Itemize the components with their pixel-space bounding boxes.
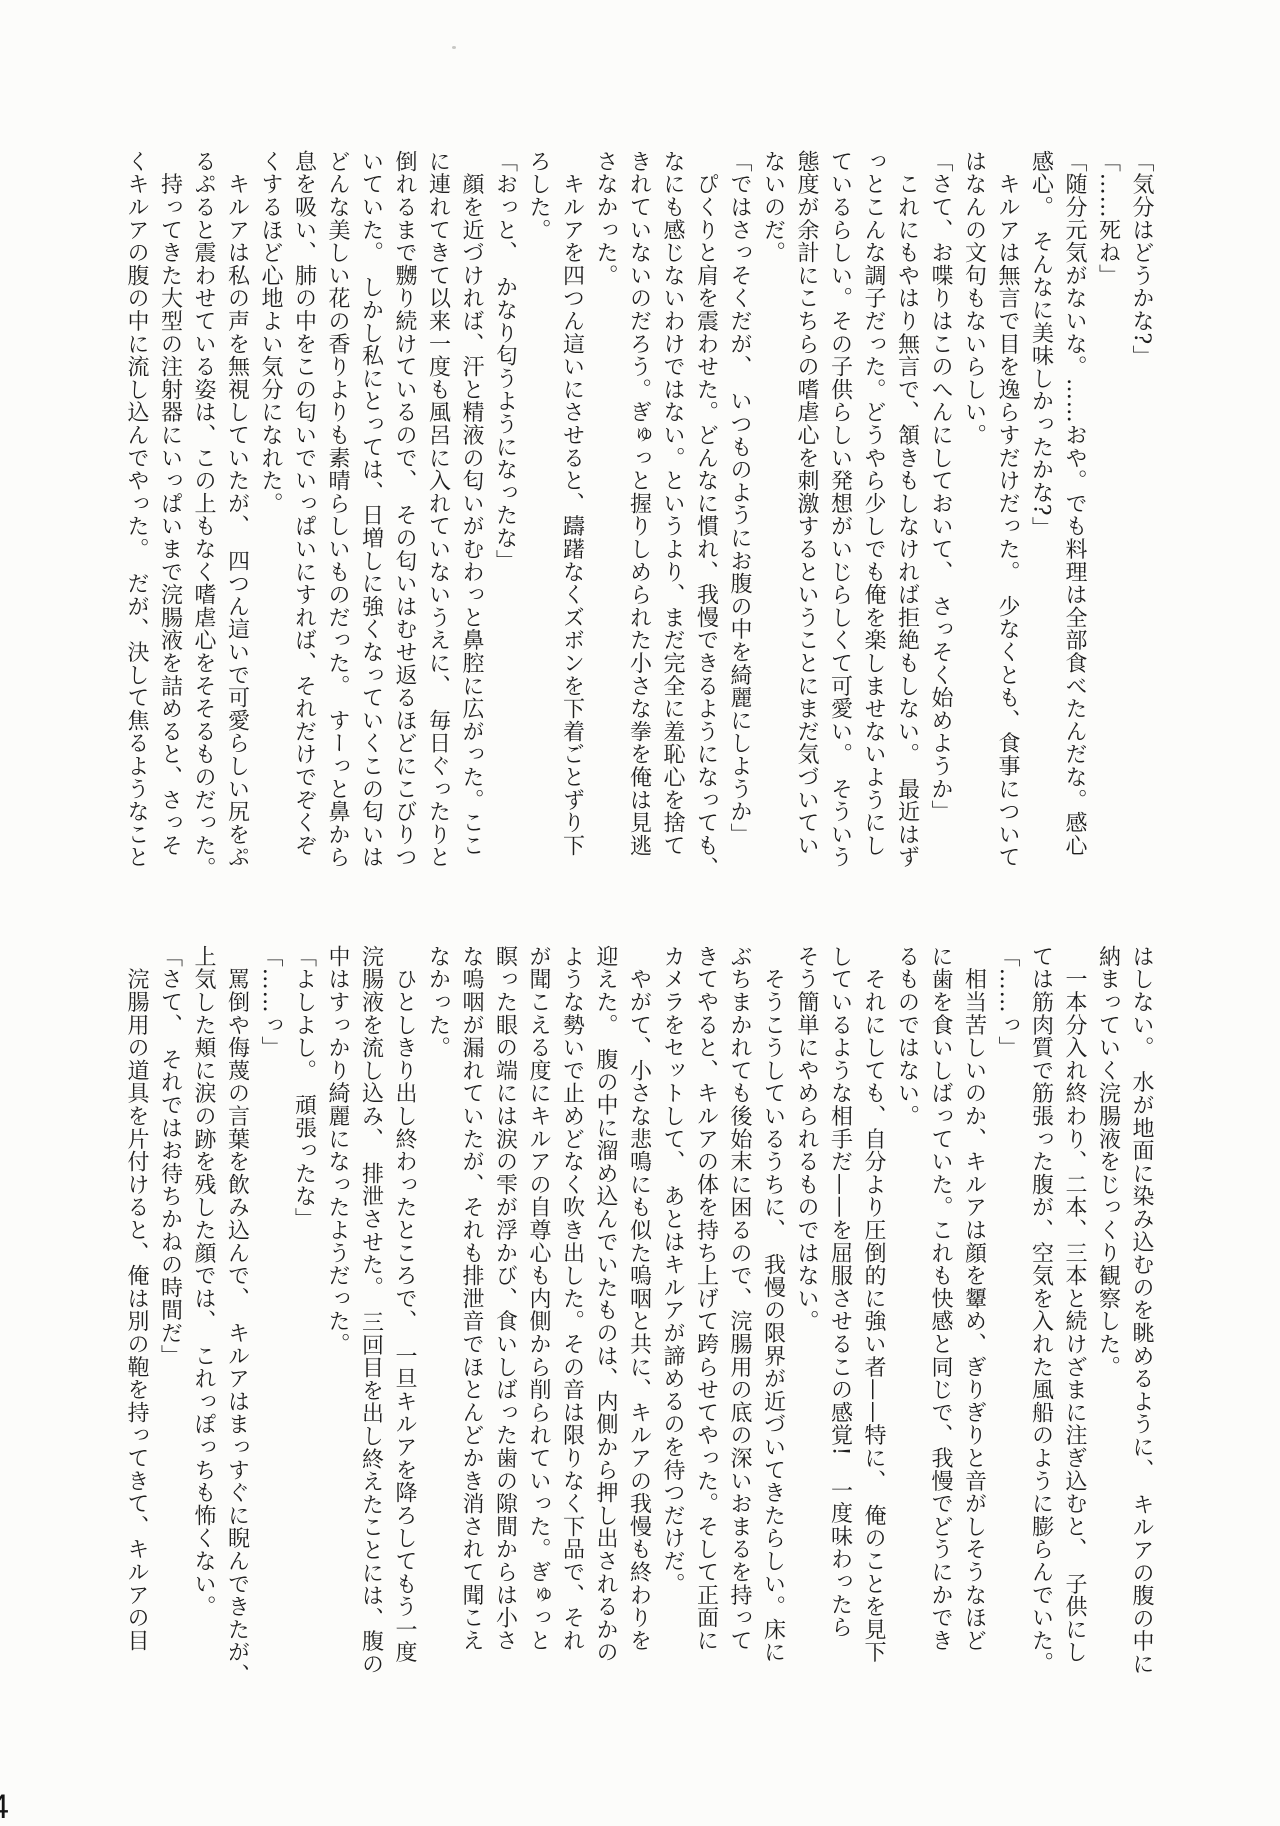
text-block-top: 「気分はどうかな?」「……死ね」「随分元気がないな。……おや。でも料理は全部食べ… [117,150,1158,890]
text-column: ているらしい。その子供らしい発想がいじらしくて可愛い。 そういう [823,150,857,890]
text-column: ないのだ。 [756,150,790,890]
text-column: しているような相手だ——を屈服させるこの感覚! 一度味わったら [823,945,857,1707]
text-column: 瞑った眼の端には涙の雫が浮かび、食いしばった歯の隙間からは小さ [488,945,522,1707]
text-column: キルアを四つん這いにさせると、躊躇なくズボンを下着ごとずり下 [555,150,589,890]
text-column: な嗚咽が漏れていたが、それも排泄音でほとんどかき消されて聞こえ [455,945,489,1707]
text-column: 中はすっかり綺麗になったようだった。 [321,945,355,1707]
text-column: そうこうしているうちに、 我慢の限界が近づいてきたらしい。床に [756,945,790,1707]
text-column: カメラをセットして、 あとはキルアが諦めるのを待つだけだ。 [656,945,690,1707]
text-column: 相当苦しいのか、キルアは顔を顰め、ぎりぎりと音がしそうなほど [957,945,991,1707]
text-column: キルアは私の声を無視していたが、 四つん這いで可愛らしい尻をぷ [220,150,254,890]
text-column: 倒れるまで嬲り続けているので、 その匂いはむせ返るほどにこびりつ [388,150,422,890]
text-column: それにしても、自分より圧倒的に強い者——特に、 俺のことを見下 [857,945,891,1707]
text-column: 罵倒や侮蔑の言葉を飲み込んで、 キルアはまっすぐに睨んできたが、 [220,945,254,1707]
text-column: くするほど心地よい気分になれた。 [254,150,288,890]
text-column: に歯を食いしばっていた。これも快感と同じで、我慢でどうにかでき [924,945,958,1707]
text-column: 顔を近づければ、汗と精液の匂いがむわっと鼻腔に広がった。ここ [455,150,489,890]
text-column: るものではない。 [890,945,924,1707]
text-column: 「……っ」 [991,945,1025,1707]
text-column: いていた。 しかし私にとっては、日増しに強くなっていくこの匂いは [354,150,388,890]
text-column: なにも感じないわけではない。というより、まだ完全に羞恥心を捨て [656,150,690,890]
text-column: 「おっと、 かなり匂うようになったな」 [488,150,522,890]
text-column: 一本分入れ終わり、二本、三本と続けざまに注ぎ込むと、 子供にし [1058,945,1092,1707]
text-column: 「さて、お喋りはこのへんにしておいて、 さっそく始めようか」 [924,150,958,890]
text-column: やがて、小さな悲鳴にも似た嗚咽と共に、キルアの我慢も終わりを [622,945,656,1707]
text-column: っとこんな調子だった。どうやら少しでも俺を楽しませないようにし [857,150,891,890]
text-column: 「よしよし。 頑張ったな」 [287,945,321,1707]
text-column: 「……死ね」 [1091,150,1125,890]
text-column: ひとしきり出し終わったところで、 一旦キルアを降ろしてもう一度 [388,945,422,1707]
text-column: そう簡単にやめられるものではない。 [790,945,824,1707]
dust-speck [452,46,456,49]
text-column: ぶちまかれても後始末に困るので、浣腸用の底の深いおまるを持って [723,945,757,1707]
text-column: に連れてきて以来一度も風呂に入れていないうえに、 毎日ぐったりと [421,150,455,890]
text-column: ぴくりと肩を震わせた。どんなに慣れ、我慢できるようになっても、 [689,150,723,890]
text-column: 「ではさっそくだが、 いつものようにお腹の中を綺麗にしようか」 [723,150,757,890]
text-column: なかった。 [421,945,455,1707]
text-column: ような勢いで止めどなく吹き出した。その音は限りなく下品で、それ [555,945,589,1707]
text-column: 「……っ」 [254,945,288,1707]
text-column: くキルアの腹の中に流し込んでやった。 だが、決して焦るようなこと [120,150,154,890]
text-column: 息を吸い、肺の中をこの匂いでいっぱいにすれば、それだけでぞくぞ [287,150,321,890]
text-column: 「気分はどうかな?」 [1125,150,1159,890]
text-column: 浣腸用の道具を片付けると、俺は別の鞄を持ってきて、キルアの目 [120,945,154,1707]
text-column: 持ってきた大型の注射器にいっぱいまで浣腸液を詰めると、さっそ [153,150,187,890]
text-column: キルアは無言で目を逸らすだけだった。 少なくとも、食事について [991,150,1025,890]
text-column: ろした。 [522,150,556,890]
text-column: 浣腸液を流し込み、 排泄させた。 三回目を出し終えたことには、腹の [354,945,388,1707]
text-column: はなんの文句もないらしい。 [957,150,991,890]
text-column: 感心。 そんなに美味しかったかな?」 [1024,150,1058,890]
page-number: 4 [0,1788,9,1826]
text-column: どんな美しい花の香りよりも素晴らしいものだった。 すーっと鼻から [321,150,355,890]
text-column: 上気した頬に涙の跡を残した顔では、 これっぽっちも怖くない。 [187,945,221,1707]
text-block-bottom: はしない。 水が地面に染み込むのを眺めるように、 キルアの腹の中に納まっていく浣… [117,945,1158,1707]
text-column: 態度が余計にこちらの嗜虐心を刺激するということにまだ気づいてい [790,150,824,890]
text-column: きてやると、キルアの体を持ち上げて跨らせてやった。そして正面に [689,945,723,1707]
text-column: るぷると震わせている姿は、この上もなく嗜虐心をそそるものだった。 [187,150,221,890]
text-column: 「随分元気がないな。……おや。でも料理は全部食べたんだな。感心 [1058,150,1092,890]
text-column: ては筋肉質で筋張った腹が、空気を入れた風船のように膨らんでいた。 [1024,945,1058,1707]
text-column: はしない。 水が地面に染み込むのを眺めるように、 キルアの腹の中に [1125,945,1159,1707]
text-column: 「さて、 それではお待ちかねの時間だ」 [153,945,187,1707]
text-column: きれていないのだろう。ぎゅっと握りしめられた小さな拳を俺は見逃 [622,150,656,890]
text-column: これにもやはり無言で、頷きもしなければ拒絶もしない。 最近はず [890,150,924,890]
text-column: さなかった。 [589,150,623,890]
scanned-page: 「気分はどうかな?」「……死ね」「随分元気がないな。……おや。でも料理は全部食べ… [0,0,1280,1826]
text-column: 納まっていく浣腸液をじっくり観察した。 [1091,945,1125,1707]
text-column: 迎えた。 腹の中に溜め込んでいたものは、内側から押し出されるかの [589,945,623,1707]
text-column: が聞こえる度にキルアの自尊心も内側から削られていった。ぎゅっと [522,945,556,1707]
